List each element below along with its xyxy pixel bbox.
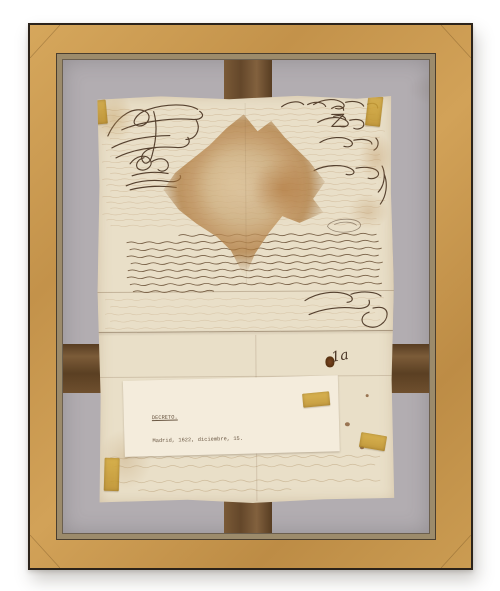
signature-stroke xyxy=(126,175,180,189)
foxing-spot xyxy=(345,422,350,426)
typed-catalogue-label: DECRETO. Madrid, 1622, diciembre, 15. Pr… xyxy=(123,375,340,457)
scribble-line xyxy=(105,326,375,329)
scribble-line xyxy=(102,177,381,180)
frame-mitre-joint xyxy=(441,25,471,58)
photograph: 1a DECRETO. Madrid, 1622, diciembre, 15.… xyxy=(0,0,500,591)
frame-mitre-joint xyxy=(441,535,471,568)
tape-piece xyxy=(302,391,330,407)
inner-gilt-fillet: 1a DECRETO. Madrid, 1622, diciembre, 15.… xyxy=(56,53,436,540)
scribble-line xyxy=(110,154,380,157)
scribble-line xyxy=(110,479,380,483)
signature-cluster xyxy=(108,99,388,329)
manuscript-text-block xyxy=(127,233,383,293)
scribble-line xyxy=(114,464,375,468)
signature-stroke xyxy=(130,156,168,176)
scribble-line xyxy=(110,319,380,322)
signature-stroke xyxy=(318,117,364,129)
scribble-line xyxy=(110,223,380,226)
scribble-line xyxy=(105,297,384,300)
giltwood-frame: 1a DECRETO. Madrid, 1622, diciembre, 15.… xyxy=(28,23,473,570)
scribble-line xyxy=(102,212,372,215)
mat-smudge xyxy=(401,68,430,110)
scribble-line xyxy=(131,261,383,265)
scribble-line xyxy=(102,142,372,145)
scribble-line xyxy=(127,240,379,244)
rubric-oval-stamp xyxy=(327,219,360,232)
label-heading: DECRETO. xyxy=(152,411,335,423)
tape-piece xyxy=(95,100,108,125)
label-line: Madrid, 1622, diciembre, 15. xyxy=(152,434,335,446)
scribble-line xyxy=(133,290,214,292)
scribble-line xyxy=(106,183,376,186)
scribble-line xyxy=(128,268,380,272)
scribble-line xyxy=(110,206,380,209)
tape-piece xyxy=(104,458,120,491)
scribble-line xyxy=(127,275,379,279)
scribble-line xyxy=(130,247,382,251)
scribble-line xyxy=(130,282,382,286)
manuscript-document: 1a DECRETO. Madrid, 1622, diciembre, 15.… xyxy=(96,94,396,504)
scribble-line xyxy=(106,200,385,203)
scribble-line xyxy=(105,312,375,315)
scribble-line xyxy=(127,254,379,258)
scribble-line xyxy=(102,194,372,197)
folio-number-inscription: 1a xyxy=(330,347,350,366)
scribble-line xyxy=(138,489,291,492)
signature-stroke xyxy=(309,300,387,328)
scribble-line xyxy=(106,131,385,134)
show-through-text-lines xyxy=(105,297,384,329)
signature-stroke xyxy=(314,165,386,204)
matted-glazed-area: 1a DECRETO. Madrid, 1622, diciembre, 15.… xyxy=(62,59,430,534)
show-through-text-lines xyxy=(110,455,380,492)
foxing-spot xyxy=(366,394,369,397)
scribble-line xyxy=(110,189,380,192)
scribble-line xyxy=(179,233,377,236)
